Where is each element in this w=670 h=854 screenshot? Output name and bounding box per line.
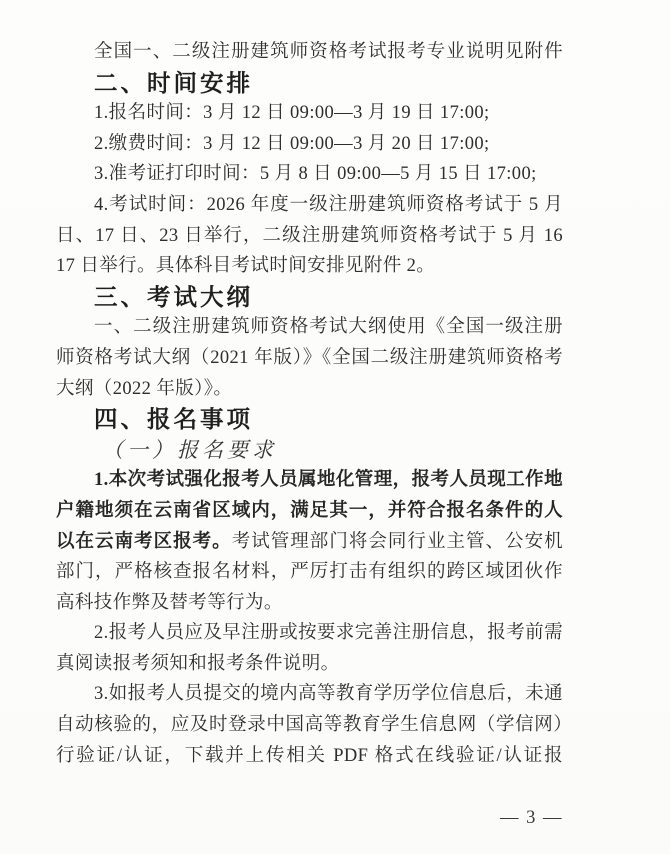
- document-body: 全国一、二级注册建筑师资格考试报考专业说明见附件 1。 二、时间安排 1.报名时…: [56, 37, 563, 771]
- outline-paragraph-line-2: 师资格考试大纲（2021 年版）》《全国二级注册建筑师资格考试: [56, 343, 563, 374]
- requirement-3-line-1: 3.如报考人员提交的境内高等教育学历学位信息后，未通过: [56, 679, 563, 710]
- text-run: 四、报名事项: [94, 406, 253, 432]
- requirement-3-line-3: 行验证/认证，下载并上传相关 PDF 格式在线验证/认证报告，接: [56, 741, 563, 772]
- requirement-1-line-2: 户籍地须在云南省区域内，满足其一，并符合报名条件的人员可: [56, 496, 563, 527]
- exam-time-line-3: 17 日举行。具体科目考试时间安排见附件 2。: [56, 251, 563, 282]
- requirement-3-line-2: 自动核验的，应及时登录中国高等教育学生信息网（学信网）进: [56, 710, 563, 741]
- section-heading-time-schedule: 二、时间安排: [56, 68, 563, 99]
- text-run: 1.本次考试强化报考人员属地化管理，报考人员现工作地或: [56, 470, 563, 496]
- text-run: 2.缴费时间：3 月 12 日 09:00—3 月 20 日 17:00;: [94, 134, 490, 154]
- scanned-document-page: 全国一、二级注册建筑师资格考试报考专业说明见附件 1。 二、时间安排 1.报名时…: [0, 0, 670, 854]
- text-run: 二、时间安排: [94, 70, 253, 96]
- text-run: 户籍地须在云南省区域内，满足其一，并符合报名条件的人员可: [56, 501, 563, 527]
- text-run: 3.准考证打印时间：5 月 8 日 09:00—5 月 15 日 17:00;: [94, 164, 537, 184]
- exam-time-line-2: 日、17 日、23 日举行，二级注册建筑师资格考试于 5 月 16 日、: [56, 221, 563, 252]
- text-run: 师资格考试大纲（2021 年版）》《全国二级注册建筑师资格考试: [56, 348, 563, 374]
- text-run: 高科技作弊及替考等行为。: [56, 593, 283, 613]
- requirement-2-line-1: 2.报考人员应及早注册或按要求完善注册信息，报考前需认: [56, 618, 563, 649]
- text-run: 17 日举行。具体科目考试时间安排见附件 2。: [56, 256, 435, 276]
- text-run: 全国一、二级注册建筑师资格考试报考专业说明见附件 1。: [56, 42, 563, 68]
- subsection-heading-registration-requirements: （一）报名要求: [56, 435, 563, 466]
- requirement-1-line-5: 高科技作弊及替考等行为。: [56, 588, 563, 619]
- outline-paragraph-line-3: 大纲（2022 年版）》。: [56, 374, 563, 405]
- text-run: 1.报名时间：3 月 12 日 09:00—3 月 19 日 17:00;: [94, 103, 490, 123]
- page-number: — 3 —: [500, 808, 590, 829]
- payment-time-line: 2.缴费时间：3 月 12 日 09:00—3 月 20 日 17:00;: [56, 129, 563, 160]
- text-run: 2.报考人员应及早注册或按要求完善注册信息，报考前需认: [56, 623, 563, 649]
- exam-time-line-1: 4.考试时间：2026 年度一级注册建筑师资格考试于 5 月 16: [56, 190, 563, 221]
- admission-ticket-print-time-line: 3.准考证打印时间：5 月 8 日 09:00—5 月 15 日 17:00;: [56, 159, 563, 190]
- bold-text-run: 以在云南考区报考。: [56, 532, 232, 552]
- section-heading-exam-outline: 三、考试大纲: [56, 282, 563, 313]
- text-run: 日、17 日、23 日举行，二级注册建筑师资格考试于 5 月 16 日、: [56, 226, 563, 252]
- requirement-1-line-1: 1.本次考试强化报考人员属地化管理，报考人员现工作地或: [56, 465, 563, 496]
- requirement-1-line-3: 以在云南考区报考。考试管理部门将会同行业主管、公安机关等: [56, 527, 563, 558]
- text-run: 行验证/认证，下载并上传相关 PDF 格式在线验证/认证报告，接: [56, 746, 563, 772]
- outline-paragraph-line-1: 一、二级注册建筑师资格考试大纲使用《全国一级注册建筑: [56, 312, 563, 343]
- intro-line: 全国一、二级注册建筑师资格考试报考专业说明见附件 1。: [56, 37, 563, 68]
- registration-time-line: 1.报名时间：3 月 12 日 09:00—3 月 19 日 17:00;: [56, 98, 563, 129]
- text-run: 自动核验的，应及时登录中国高等教育学生信息网（学信网）进: [56, 715, 563, 741]
- text-run: 一、二级注册建筑师资格考试大纲使用《全国一级注册建筑: [56, 317, 563, 343]
- text-run: 部门，严格核查报名材料，严厉打击有组织的跨区域团伙作弊、: [56, 562, 563, 588]
- requirement-1-line-4: 部门，严格核查报名材料，严厉打击有组织的跨区域团伙作弊、: [56, 557, 563, 588]
- text-run: 3.如报考人员提交的境内高等教育学历学位信息后，未通过: [56, 684, 563, 710]
- text-run: 大纲（2022 年版）》。: [56, 379, 232, 399]
- section-heading-registration-matters: 四、报名事项: [56, 404, 563, 435]
- text-run: 真阅读报考须知和报考条件说明。: [56, 654, 340, 674]
- text-run: （一）报名要求: [102, 438, 277, 462]
- text-run: 4.考试时间：2026 年度一级注册建筑师资格考试于 5 月 16: [56, 195, 563, 221]
- requirement-2-line-2: 真阅读报考须知和报考条件说明。: [56, 649, 563, 680]
- text-run: 三、考试大纲: [94, 284, 253, 310]
